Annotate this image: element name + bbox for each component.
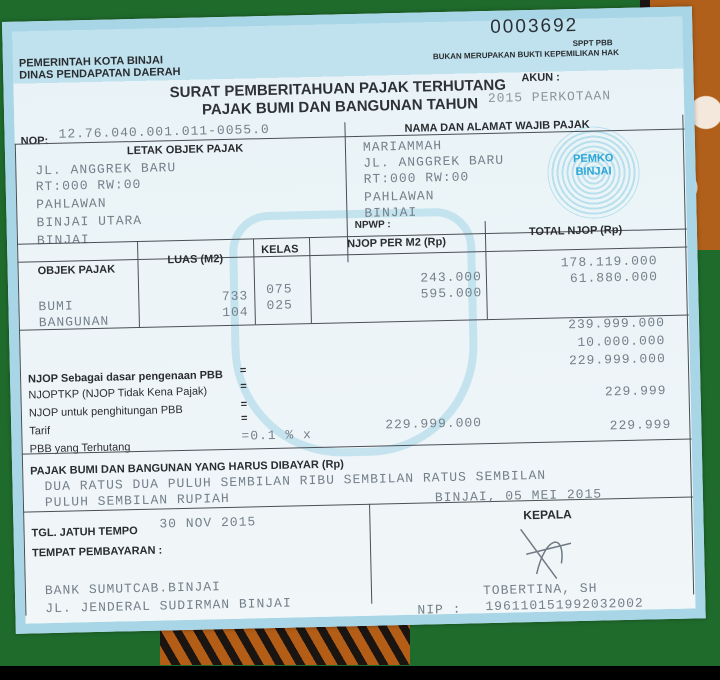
objek-cell: BANGUNAN <box>39 314 110 331</box>
location-line: JL. ANGGREK BARU <box>35 160 176 178</box>
col-header-luas: LUAS (M2) <box>167 253 223 266</box>
njop-per-m2-cell: 243.000 <box>358 269 482 287</box>
col-header-total-njop: TOTAL NJOP (Rp) <box>529 224 623 238</box>
kelas-cell: 025 <box>266 297 293 313</box>
signature-scribble-icon <box>516 523 577 584</box>
njop-hitung-label: NJOP untuk penghitungan PBB <box>29 404 183 419</box>
njoptkp-value: 10.000.000 <box>519 333 665 351</box>
place-date: BINJAI, 05 MEI 2015 <box>435 487 603 506</box>
equals-sign: = <box>241 399 248 411</box>
kelas-cell: 075 <box>266 281 293 297</box>
pbb-terhutang-value: 229.999 <box>521 417 671 435</box>
signatory-title: KEPALA <box>523 507 572 522</box>
pemko-seal-text: PEMKO BINJAI <box>547 152 640 180</box>
njoptkp-label: NJOPTKP (NJOP Tidak Kena Pajak) <box>28 385 207 401</box>
taxpayer-line: RT:000 RW:00 <box>363 169 469 186</box>
document-body: PEMKO BINJAI 0003692 SPPT PBB BUKAN MERU… <box>12 17 695 624</box>
taxpayer-header: NAMA DAN ALAMAT WAJIB PAJAK <box>404 119 589 135</box>
njop-dasar-label: NJOP Sebagai dasar pengenaan PBB <box>28 369 223 385</box>
objek-cell: BUMI <box>38 298 74 314</box>
due-date-label: TGL. JATUH TEMPO <box>31 525 137 539</box>
njop-dasar-value: 239.999.000 <box>519 315 665 333</box>
background-cloth-pattern-bottom <box>160 625 410 665</box>
location-line: BINJAI UTARA <box>36 213 142 230</box>
taxpayer-line: BINJAI <box>364 205 417 221</box>
tax-notice-document: PEMKO BINJAI 0003692 SPPT PBB BUKAN MERU… <box>2 6 706 633</box>
col-header-njop-per-m2: NJOP PER M2 (Rp) <box>347 236 446 250</box>
doc-code: SPPT PBB <box>573 38 613 48</box>
year-category: 2015 PERKOTAAN <box>488 88 612 106</box>
njop-hitung-value: 229.999.000 <box>520 351 666 369</box>
col-header-objek: OBJEK PAJAK <box>38 263 116 277</box>
screen-bottom-bar <box>0 666 720 680</box>
equals-sign: = <box>240 381 247 393</box>
location-line: BINJAI <box>37 232 90 248</box>
total-njop-cell: 61.880.000 <box>518 269 658 287</box>
npwp-label: NPWP : <box>355 219 391 231</box>
tarif-label: Tarif <box>29 425 50 437</box>
location-line: PAHLAWAN <box>36 196 107 213</box>
luas-cell: 104 <box>188 304 248 320</box>
signatory-name: TOBERTINA, SH <box>483 581 598 599</box>
location-header: LETAK OBJEK PAJAK <box>127 143 244 158</box>
taxpayer-line: JL. ANGGREK BARU <box>363 153 504 171</box>
luas-cell: 733 <box>188 288 248 304</box>
equals-sign: = <box>240 365 247 377</box>
nip-label: NIP : <box>417 602 461 618</box>
serial-number: 0003692 <box>490 15 578 39</box>
payment-place-line: BANK SUMUTCAB.BINJAI <box>45 579 221 598</box>
taxpayer-name: MARIAMMAH <box>363 138 443 155</box>
location-line: RT:000 RW:00 <box>36 177 142 194</box>
payment-place-label: TEMPAT PEMBAYARAN : <box>32 545 162 560</box>
issuer-line2: DINAS PENDAPATAN DAERAH <box>19 66 181 82</box>
akun-label: AKUN : <box>521 71 560 84</box>
due-date-value: 30 NOV 2015 <box>159 514 256 531</box>
disclaimer: BUKAN MERUPAKAN BUKTI KEPEMILIKAN HAK <box>433 48 619 61</box>
taxpayer-line: PAHLAWAN <box>364 188 435 205</box>
tarif-formula: =0.1 % x <box>241 427 312 444</box>
tarif-result: 229.999 <box>520 383 666 401</box>
total-njop-cell: 178.119.000 <box>517 253 657 271</box>
equals-sign: = <box>241 413 248 425</box>
nop-label: NOP: <box>21 135 49 148</box>
tarif-base: 229.999.000 <box>385 415 482 432</box>
col-header-kelas: KELAS <box>261 243 299 256</box>
njop-per-m2-cell: 595.000 <box>358 285 482 303</box>
payment-place-line: JL. JENDERAL SUDIRMAN BINJAI <box>45 596 292 617</box>
